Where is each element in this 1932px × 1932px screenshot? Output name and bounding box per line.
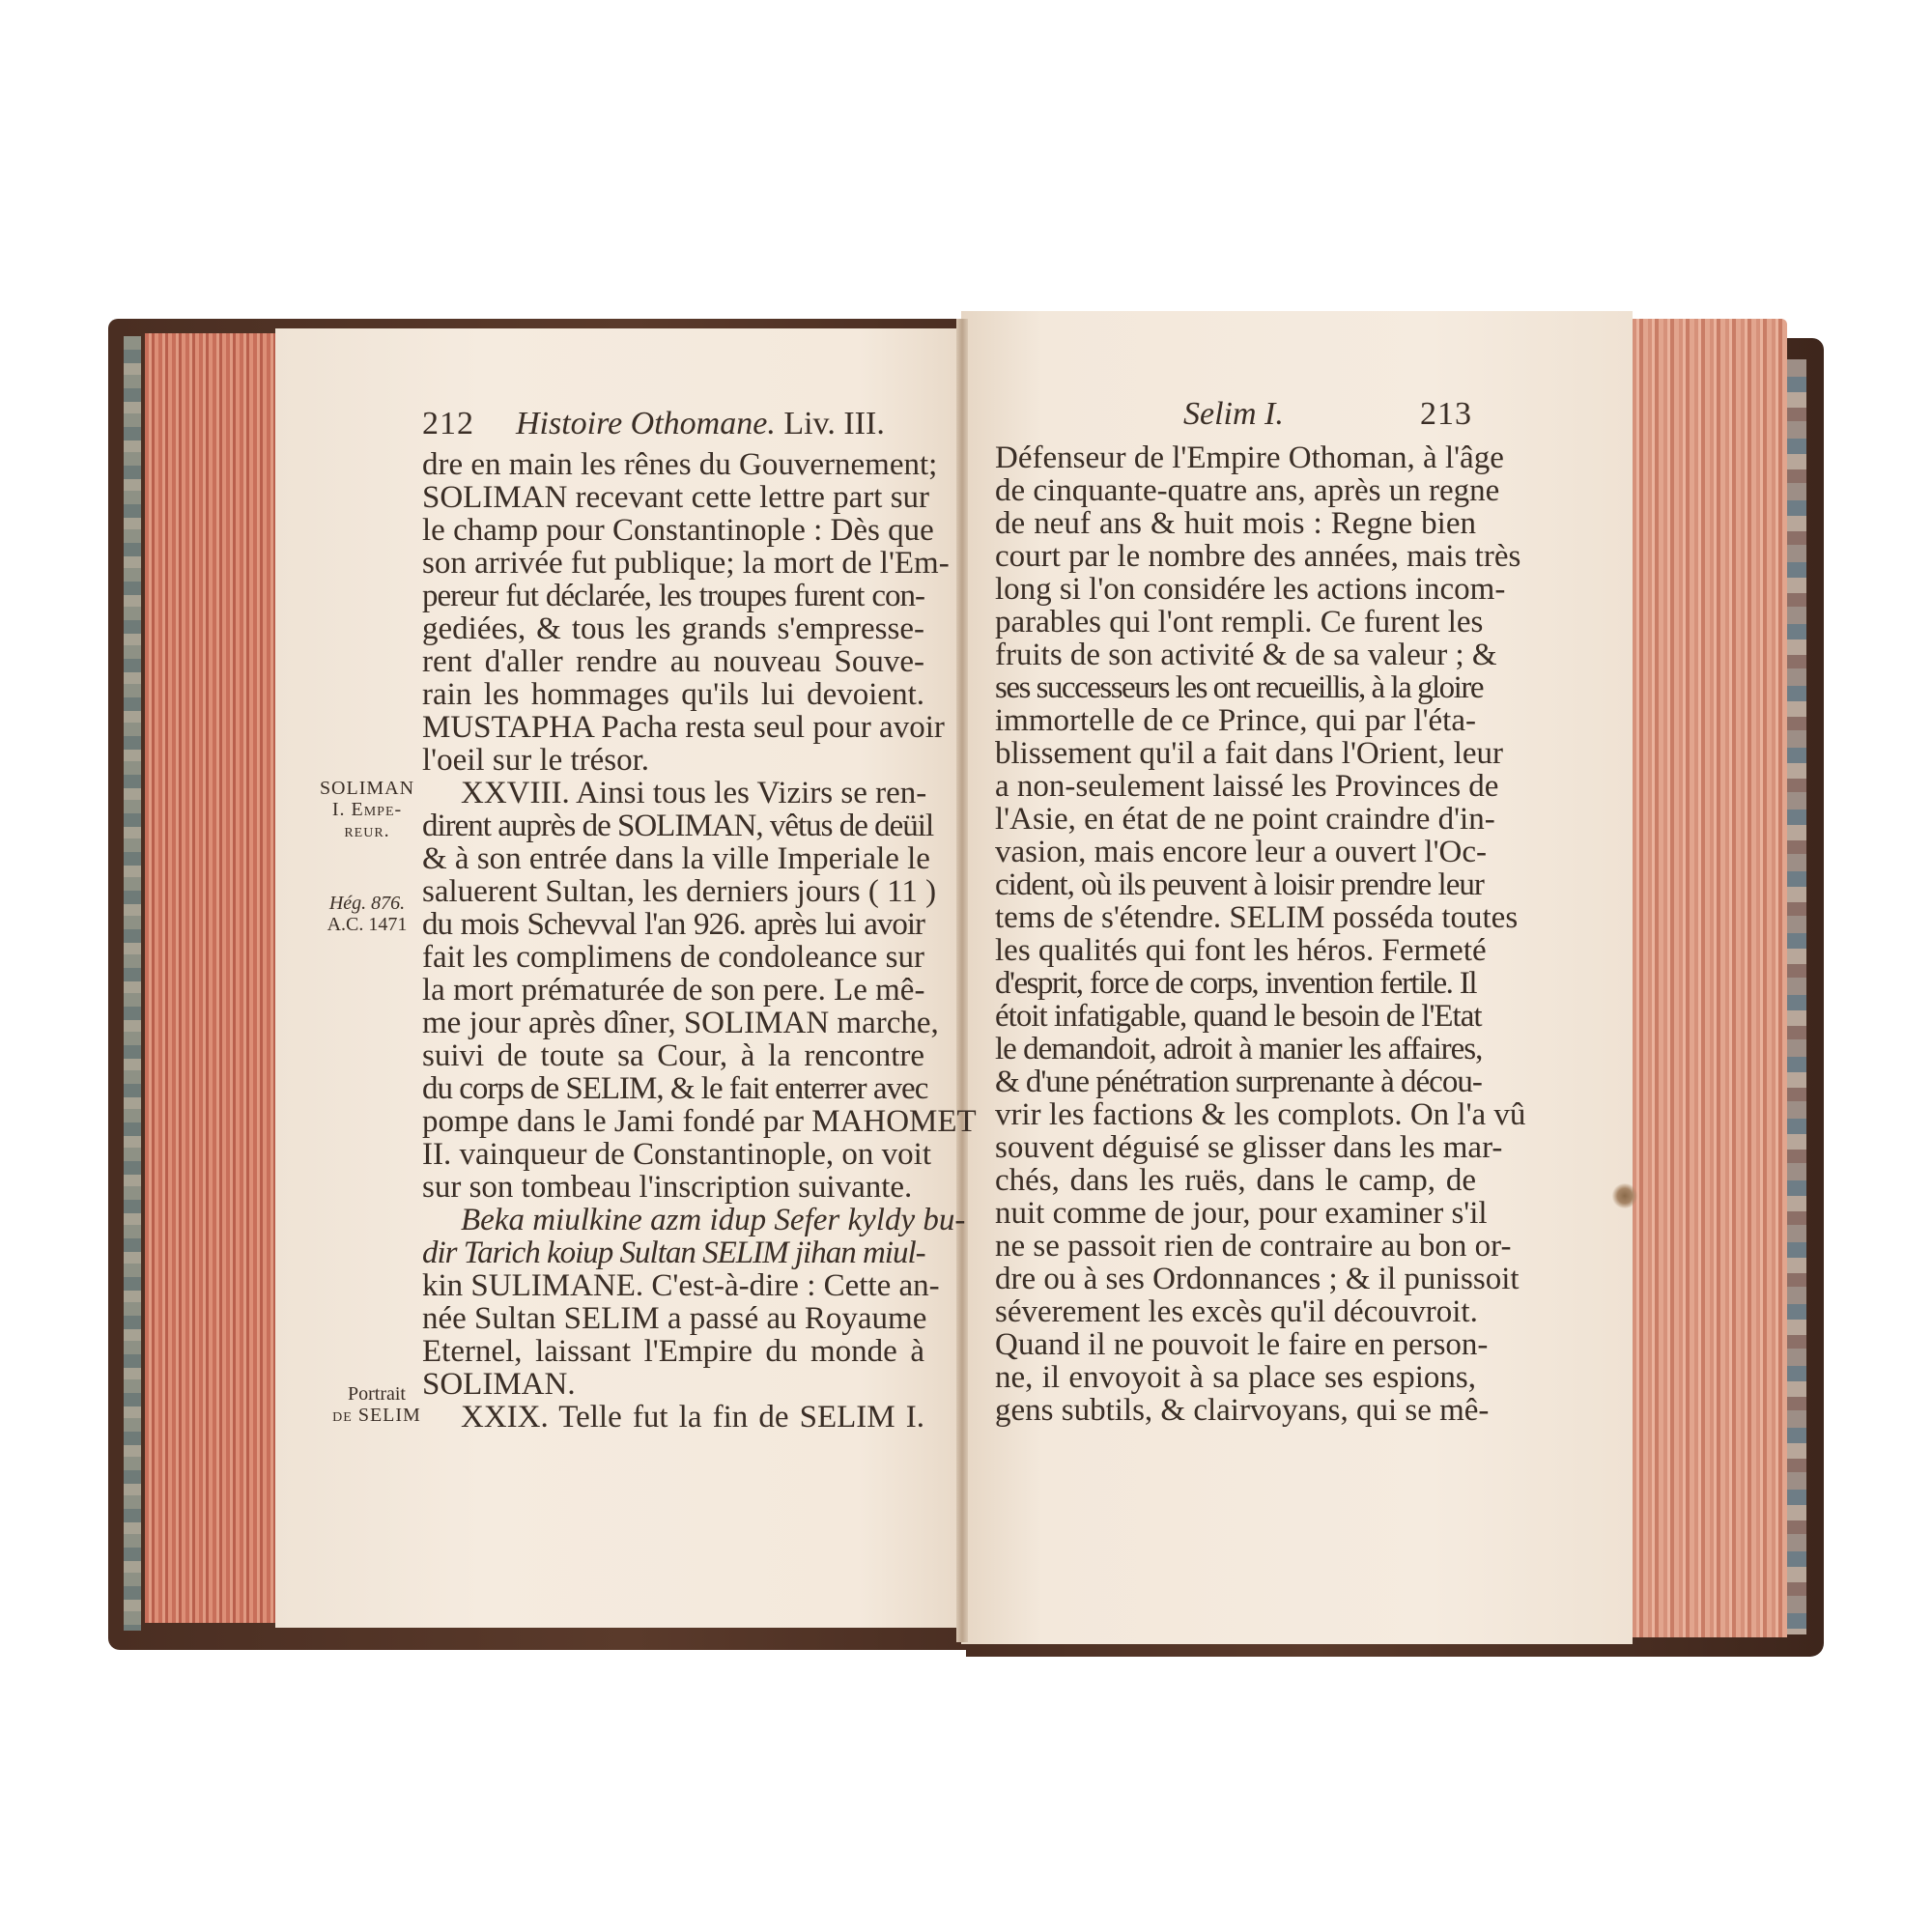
text-line: pompe dans le Jami fondé par MAHOMET (422, 1105, 924, 1138)
text-line: Eternel, laissant l'Empire du monde à (422, 1335, 924, 1368)
margin-note-line: de SELIM (328, 1405, 425, 1426)
text-line: suivi de toute sa Cour, à la rencontre (422, 1039, 924, 1072)
open-book: 212 Histoire Othomane. Liv. III. SOLIMAN… (0, 0, 1932, 1932)
text-line: étoit infatigable, quand le besoin de l'… (995, 1000, 1476, 1033)
text-line: son arrivée fut publique; la mort de l'E… (422, 547, 924, 580)
left-running-head: 212 Histoire Othomane. Liv. III. (422, 406, 885, 442)
text-line: rain les hommages qu'ils lui devoient. (422, 678, 924, 711)
book-gutter (956, 319, 968, 1642)
right-running-title: Selim I. (1183, 396, 1284, 433)
text-line: ne se passoit rien de contraire au bon o… (995, 1230, 1476, 1263)
margin-note-line: reur. (319, 820, 415, 841)
text-line: nuit comme de jour, pour examiner s'il (995, 1197, 1476, 1230)
marbled-endpaper-right (1785, 359, 1806, 1634)
text-line: & à son entrée dans la ville Imperiale l… (422, 842, 924, 875)
text-line: chés, dans les ruës, dans le camp, de (995, 1164, 1476, 1197)
margin-note-line: A.C. 1471 (319, 914, 415, 935)
text-line: du corps de SELIM, & le fait enterrer av… (422, 1072, 924, 1105)
text-line: MUSTAPHA Pacha resta seul pour avoir (422, 711, 924, 744)
text-line: gediées, & tous les grands s'empresse- (422, 612, 924, 645)
text-line: du mois Schevval l'an 926. après lui avo… (422, 908, 924, 941)
margin-note-line: Hég. 876. (319, 893, 415, 914)
text-line: pereur fut déclarée, les troupes furent … (422, 580, 924, 612)
text-line: d'esprit, force de corps, invention fert… (995, 967, 1476, 1000)
marbled-endpaper-left (124, 336, 141, 1631)
text-line: & d'une pénétration surprenante à décou- (995, 1065, 1476, 1098)
left-page-body: dre en main les rênes du Gouvernement; S… (422, 448, 924, 1434)
text-line: kin SULIMANE. C'est-à-dire : Cette an- (422, 1269, 924, 1302)
text-line: gens subtils, & clairvoyans, qui se mê- (995, 1394, 1476, 1427)
text-line: rent d'aller rendre au nouveau Souve- (422, 645, 924, 678)
margin-note-line: I. Empe- (319, 799, 415, 820)
text-line: dre en main les rênes du Gouvernement; (422, 448, 924, 481)
text-line: parables qui l'ont rempli. Ce furent les (995, 606, 1476, 639)
text-line-inscription: Beka miulkine azm idup Sefer kyldy bu- (422, 1204, 924, 1236)
text-line: le champ pour Constantinople : Dès que (422, 514, 924, 547)
foxing-stain (1611, 1183, 1638, 1208)
right-page-body: Défenseur de l'Empire Othoman, à l'âge d… (995, 441, 1476, 1427)
text-line: séverement les excès qu'il découvroit. (995, 1295, 1476, 1328)
margin-note-hegira-date: Hég. 876. A.C. 1471 (319, 893, 415, 935)
text-line: l'Asie, en état de ne point craindre d'i… (995, 803, 1476, 836)
text-line: de cinquante-quatre ans, après un regne (995, 474, 1476, 507)
right-page-number-text: 213 (1420, 396, 1472, 432)
text-line: blissement qu'il a fait dans l'Orient, l… (995, 737, 1476, 770)
text-line: cident, où ils peuvent à loisir prendre … (995, 868, 1476, 901)
text-line: vasion, mais encore leur a ouvert l'Oc- (995, 836, 1476, 868)
text-line: tems de s'étendre. SELIM posséda toutes (995, 901, 1476, 934)
margin-note-portrait: Portrait de SELIM (328, 1383, 425, 1426)
text-line: XXVIII. Ainsi tous les Vizirs se ren- (422, 777, 924, 810)
text-line: II. vainqueur de Constantinople, on voit (422, 1138, 924, 1171)
left-book-number: Liv. III. (783, 406, 884, 441)
text-line: Défenseur de l'Empire Othoman, à l'âge (995, 441, 1476, 474)
text-line: ne, il envoyoit à sa place ses espions, (995, 1361, 1476, 1394)
left-page-number: 212 (422, 406, 474, 441)
text-line: SOLIMAN recevant cette lettre part sur (422, 481, 924, 514)
text-line: dirent auprès de SOLIMAN, vêtus de deüil (422, 810, 924, 842)
text-line: la mort prématurée de son pere. Le mê- (422, 974, 924, 1007)
text-line: saluerent Sultan, les derniers jours ( 1… (422, 875, 924, 908)
text-line: sur son tombeau l'inscription suivante. (422, 1171, 924, 1204)
text-line: XXIX. Telle fut la fin de SELIM I. (422, 1401, 924, 1434)
text-line: souvent déguisé se glisser dans les mar- (995, 1131, 1476, 1164)
text-line: fait les complimens de condoleance sur (422, 941, 924, 974)
margin-note-line: SOLIMAN (319, 778, 415, 799)
text-line: a non-seulement laissé les Provinces de (995, 770, 1476, 803)
red-page-edges-right (1628, 319, 1787, 1637)
text-line: le demandoit, adroit à manier les affair… (995, 1033, 1476, 1065)
text-line: fruits de son activité & de sa valeur ; … (995, 639, 1476, 671)
margin-note-soliman: SOLIMAN I. Empe- reur. (319, 778, 415, 841)
text-line: SOLIMAN. (422, 1368, 924, 1401)
text-line: les qualités qui font les héros. Fermeté (995, 934, 1476, 967)
text-line: ses successeurs les ont recueillis, à la… (995, 671, 1476, 704)
text-line: court par le nombre des années, mais trè… (995, 540, 1476, 573)
text-line: de neuf ans & huit mois : Regne bien (995, 507, 1476, 540)
text-line: me jour après dîner, SOLIMAN marche, (422, 1007, 924, 1039)
text-line: long si l'on considére les actions incom… (995, 573, 1476, 606)
text-line: née Sultan SELIM a passé au Royaume (422, 1302, 924, 1335)
text-line: dre ou à ses Ordonnances ; & il punissoi… (995, 1263, 1476, 1295)
right-page-number: 213 (1420, 396, 1472, 433)
text-line: vrir les factions & les complots. On l'a… (995, 1098, 1476, 1131)
text-line: l'oeil sur le trésor. (422, 744, 924, 777)
left-running-title: Histoire Othomane. (516, 406, 776, 441)
right-running-title-text: Selim I. (1183, 396, 1284, 432)
red-page-edges-left (145, 333, 280, 1623)
margin-note-line: Portrait (328, 1383, 425, 1405)
text-line-inscription: dir Tarich koiup Sultan SELIM jihan miul… (422, 1236, 924, 1269)
text-line: Quand il ne pouvoit le faire en person- (995, 1328, 1476, 1361)
text-line: immortelle de ce Prince, qui par l'éta- (995, 704, 1476, 737)
